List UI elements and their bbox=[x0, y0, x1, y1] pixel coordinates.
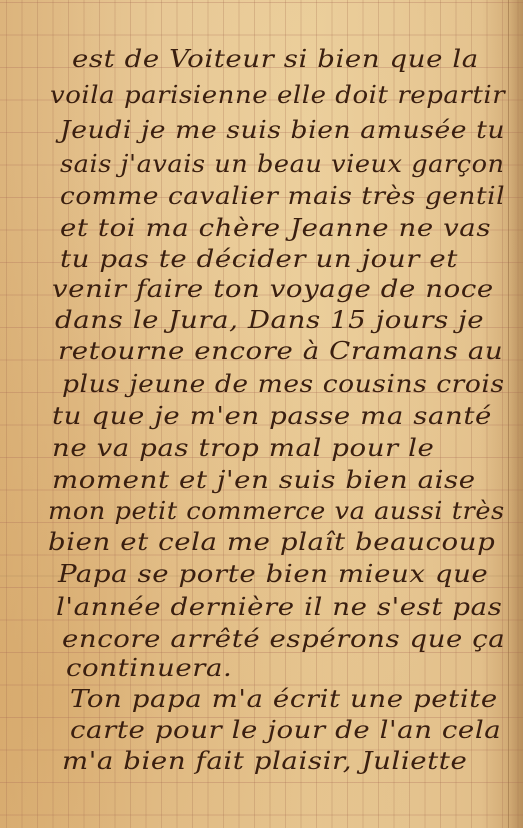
text-line: comme cavalier mais très gentil bbox=[60, 182, 505, 210]
text-line: bien et cela me plaît beaucoup bbox=[48, 528, 495, 556]
text-line: l'année dernière il ne s'est pas bbox=[56, 593, 502, 621]
text-line: et toi ma chère Jeanne ne vas bbox=[60, 214, 491, 242]
text-line: carte pour le jour de l'an cela bbox=[70, 716, 501, 744]
text-line: est de Voiteur si bien que la bbox=[72, 45, 479, 73]
text-line: venir faire ton voyage de noce bbox=[52, 275, 494, 303]
text-line: Jeudi je me suis bien amusée tu bbox=[60, 116, 505, 144]
letter-page: est de Voiteur si bien que la voila pari… bbox=[0, 0, 523, 828]
text-line: retourne encore à Cramans au bbox=[58, 337, 503, 365]
text-line: voila parisienne elle doit repartir bbox=[50, 81, 505, 109]
text-line: mon petit commerce va aussi très bbox=[48, 497, 505, 525]
text-line: plus jeune de mes cousins crois bbox=[62, 370, 505, 398]
text-line: sais j'avais un beau vieux garçon bbox=[60, 150, 505, 178]
text-line: Ton papa m'a écrit une petite bbox=[70, 685, 498, 713]
text-line: tu pas te décider un jour et bbox=[60, 245, 458, 273]
text-line: ne va pas trop mal pour le bbox=[52, 434, 434, 462]
text-line: encore arrêté espérons que ça bbox=[62, 625, 505, 653]
text-line: m'a bien fait plaisir, Juliette bbox=[62, 747, 467, 775]
text-line: moment et j'en suis bien aise bbox=[52, 466, 476, 494]
text-line: dans le Jura, Dans 15 jours je bbox=[55, 306, 484, 334]
paper-right-edge bbox=[508, 0, 523, 828]
text-line: tu que je m'en passe ma santé bbox=[52, 402, 492, 430]
text-line: continuera. bbox=[66, 654, 232, 682]
text-line: Papa se porte bien mieux que bbox=[58, 560, 488, 588]
